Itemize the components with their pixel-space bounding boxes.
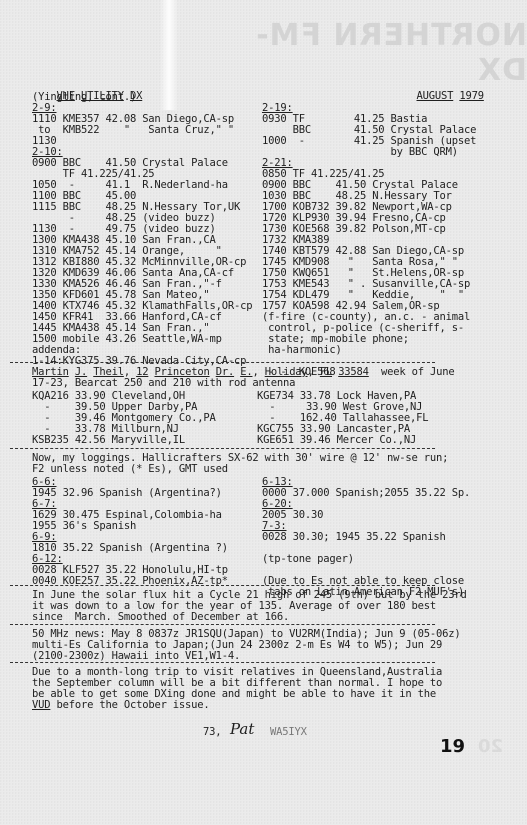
log-line: 1130 <box>32 136 252 147</box>
divider <box>10 362 435 363</box>
log-line: by BBC QRM) <box>262 147 476 158</box>
log-line: 1955 36's Spanish <box>32 521 228 532</box>
signature-name: Pat <box>230 720 254 738</box>
right-log-column: 2-19:0930 TF 41.25 Bastia BBC 41.50 Crys… <box>262 103 476 378</box>
log-line: 1945 32.96 Spanish (Argentina?) <box>32 488 228 499</box>
contributor-equipment: 17-23, Bearcat 250 and 210 with rod ante… <box>32 378 295 389</box>
log-line: (tp-tone pager) <box>262 554 470 565</box>
header-part: 33584 <box>338 366 369 378</box>
log-line: 0000 37.000 Spanish;2055 35.22 Sp. <box>262 488 470 499</box>
divider <box>10 585 435 586</box>
left-log-column: 2-9:1110 KME357 42.08 San Diego,CA-sp to… <box>32 103 252 367</box>
contributor-log-left: KQA216 33.90 Cleveland,OH - 39.50 Upper … <box>32 391 216 446</box>
divider <box>10 662 435 663</box>
log-line: 0028 30.30; 1945 35.22 Spanish <box>262 532 470 543</box>
loggings-left: 6-6:1945 32.96 Spanish (Argentina?)6-7:1… <box>32 477 228 587</box>
text-line: (2100-2300z) Hawaii into VE1,W1-4. <box>32 651 461 662</box>
bleedthrough-page-number: 20 <box>478 736 503 757</box>
six-meter-news: 50 MHz news: May 8 0837z JR1SQU(Japan) t… <box>32 629 461 662</box>
divider <box>10 624 435 625</box>
log-line: 2005 30.30 <box>262 510 470 521</box>
closing-note: Due to a month-long trip to visit relati… <box>32 667 442 700</box>
header-part: week of June <box>369 366 455 378</box>
page-number: 19 <box>440 736 465 757</box>
log-line: KSB235 42.56 Maryville,IL <box>32 435 216 446</box>
text-line: since March. Smoothed of December at 166… <box>32 612 467 623</box>
paper-fold <box>160 0 178 110</box>
divider <box>10 448 435 449</box>
contributor-log-right: KGE734 33.78 Lock Haven,PA - 33.90 West … <box>257 391 428 446</box>
loggings-right: 6-13:0000 37.000 Spanish;2055 35.22 Sp.6… <box>262 477 470 598</box>
loggings-intro: Now, my loggings. Hallicrafters SX-62 wi… <box>32 453 448 475</box>
document-page: NORTHERN FM-DX VHF UTILITY DX AUGUST 197… <box>0 0 527 825</box>
solar-flux-note: In June the solar flux hit a Cycle 21 hi… <box>32 590 467 623</box>
signature-callsign: WA5IYX <box>270 727 307 738</box>
log-line: ha-harmonic) <box>262 345 476 356</box>
header-part: FL <box>320 366 332 378</box>
bleedthrough-title: NORTHERN FM-DX <box>245 18 527 88</box>
text-line: F2 unless noted (* Es), GMT used <box>32 464 448 475</box>
signature-prefix: 73, <box>203 727 221 738</box>
closing-last-line: VUD before the October issue. <box>32 700 210 711</box>
header-part: , <box>308 366 320 378</box>
log-line: to KMB522 " Santa Cruz," " <box>32 125 252 136</box>
log-line: KGE651 39.46 Mercer Co.,NJ <box>257 435 428 446</box>
